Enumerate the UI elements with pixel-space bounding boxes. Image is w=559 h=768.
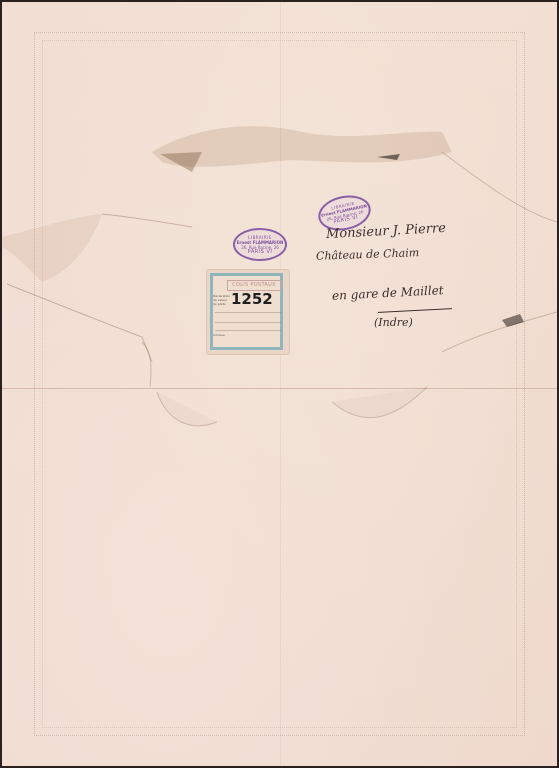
label-rule — [215, 322, 281, 323]
label-rule — [215, 330, 281, 331]
bookseller-stamp: LIBRAIRIE Ernest FLAMMARION 26, Rue Raci… — [233, 228, 287, 261]
parcel-label: COLIS POSTAUX Déclaration de valeur de p… — [207, 270, 289, 354]
parcel-number: 1252 — [231, 290, 273, 308]
label-rule — [215, 312, 281, 313]
parcel-label-footer: Adresse — [213, 333, 225, 337]
crease-stains — [2, 2, 557, 766]
envelope-sheet: LIBRAIRIE Ernest FLAMMARION 26, Rue Raci… — [2, 2, 557, 766]
address-line-department: (Indre) — [374, 316, 413, 329]
side-text-line: de poids — [213, 302, 231, 306]
parcel-label-side-text: Déclaration de valeur de poids — [213, 294, 231, 306]
stamp-line: PARIS VI — [235, 250, 285, 255]
